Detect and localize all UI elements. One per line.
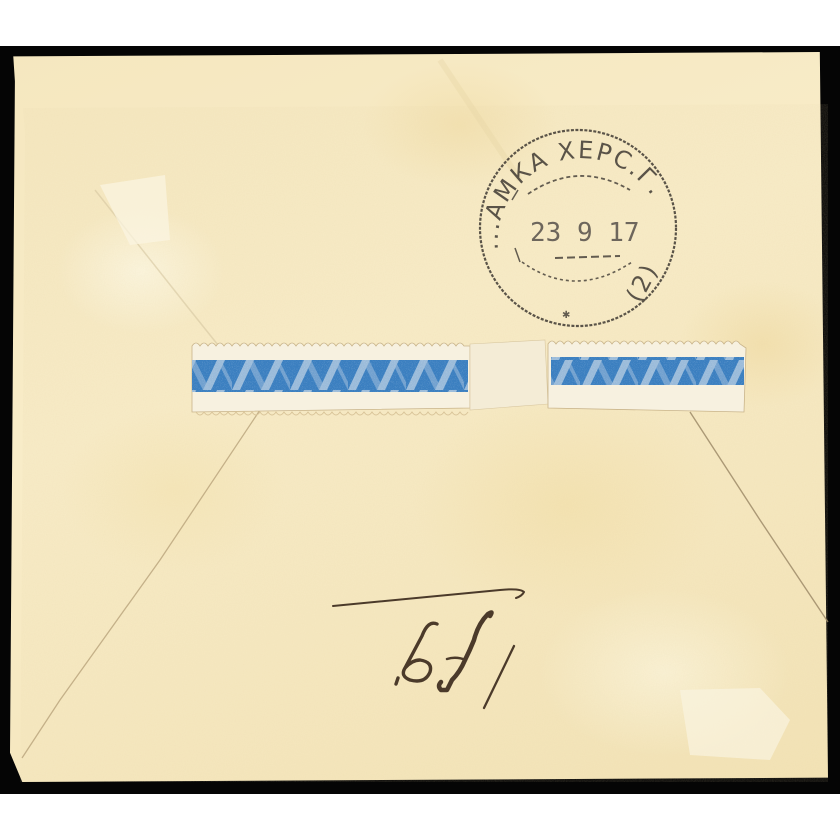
paper-texture: [10, 52, 828, 782]
postmark-star: ✱: [562, 310, 570, 321]
seal-strip: [192, 340, 746, 415]
torn-gap: [470, 340, 548, 410]
postmark-date: 23 9 17: [530, 218, 640, 248]
envelope-details: ...АМКА ХЕРС.Г. 23 9 17 (2) ✱: [0, 0, 840, 840]
